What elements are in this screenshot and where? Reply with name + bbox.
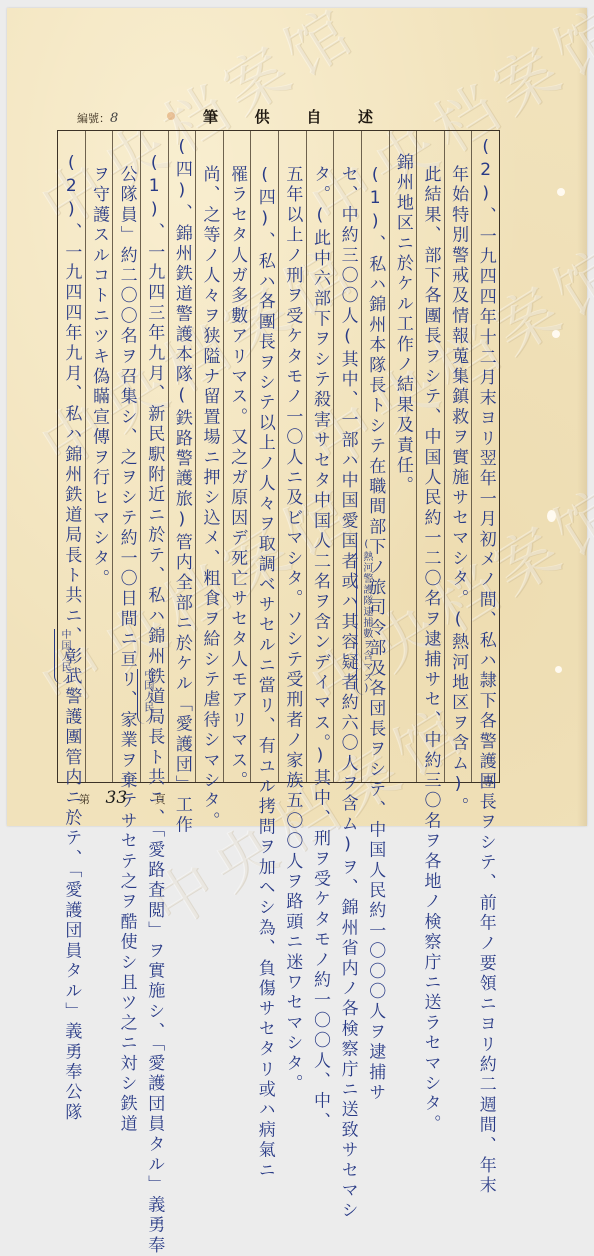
page-number: 33	[106, 788, 128, 808]
column-text: 尚、之等ノ人々ヲ狭隘ナ留置場ニ押シ込メ、粗食ヲ給シテ虐待シマシタ。	[199, 165, 219, 826]
column-text: セ、中約三〇〇人(其中、一部ハ中国愛国者或ハ其容疑者約六〇人ヲ含ム)ヲ、錦州省内…	[338, 165, 358, 826]
column-text: ヲ守護スルコトニツキ偽瞞宣傳ヲ行ヒマシタ。	[89, 165, 109, 589]
text-column: 年始特別警戒及情報蒐集鎮救ヲ實施サセマシタ。(熱河地区ヲ含ム)。	[444, 131, 472, 782]
text-column: セ、中約三〇〇人(其中、一部ハ中国愛国者或ハ其容疑者約六〇人ヲ含ム)ヲ、錦州省内…	[333, 131, 361, 782]
column-text: (2)、一九四四年十二月末ヨリ翌年一月初メノ間、私ハ隷下各警護團長ヲシテ、前年ノ…	[476, 137, 496, 826]
title-char: 供	[255, 106, 270, 127]
paper-edge	[577, 8, 587, 826]
margin-note: 中国人民ノ	[54, 629, 72, 684]
column-text: (四)、私ハ各團長ヲシテ以上ノ人々ヲ取調ベサセルニ當リ、有ユル拷問ヲ加ヘシ為、負…	[255, 165, 275, 826]
text-column: (2)、一九四四年九月、私ハ錦州鉄道局長ト共ニ、彰武警護團管内ニ於テ、「愛護団員…	[58, 131, 85, 782]
page-footer: 第 33 頁	[79, 788, 166, 808]
column-text: 錦州地区ニ於ケル工作ノ結果及責任。	[393, 153, 413, 496]
manuscript-grid: (2)、一九四四年十二月末ヨリ翌年一月初メノ間、私ハ隷下各警護團長ヲシテ、前年ノ…	[57, 130, 500, 783]
text-column: (1)、一九四三年九月、新民駅附近ニ於テ、私ハ錦州鉄道局長ト共ニ、「愛路査閲」ヲ…	[140, 131, 168, 782]
column-text: 年始特別警戒及情報蒐集鎮救ヲ實施サセマシタ。(熱河地区ヲ含ム)。	[448, 165, 468, 817]
column-text: (1)、私ハ錦州本隊長トシテ在職間部下ノ旅司令部及各団長ヲシテ、中国人民約一〇〇…	[365, 165, 385, 826]
text-column: ヲ守護スルコトニツキ偽瞞宣傳ヲ行ヒマシタ。	[85, 131, 113, 782]
page-suffix: 頁	[155, 793, 166, 806]
column-text: 公隊員」約二〇〇名ヲ召集シ、之ヲシテ約一〇日間ニ亘リ、家業ヲ棄テサセテ之ヲ酷使シ…	[117, 165, 137, 826]
text-column: (四)、私ハ各團長ヲシテ以上ノ人々ヲ取調ベサセルニ當リ、有ユル拷問ヲ加ヘシ為、負…	[250, 131, 278, 782]
column-text: タ。(此中六部下ヲシテ殺害サセタ中国人二名ヲ含ンデイマス。)其中、刑ヲ受ケタモノ…	[310, 165, 330, 826]
serial-number: 編號：8	[77, 110, 118, 126]
text-column: 尚、之等ノ人々ヲ狭隘ナ留置場ニ押シ込メ、粗食ヲ給シテ虐待シマシタ。	[195, 131, 223, 782]
text-column: 此結果、部下各團長ヲシテ、中国人民約一二〇名ヲ逮捕サセ、中約三〇名ヲ各地ノ検察庁…	[416, 131, 444, 782]
column-text: 此結果、部下各團長ヲシテ、中国人民約一二〇名ヲ逮捕サセ、中約三〇名ヲ各地ノ検察庁…	[420, 165, 440, 826]
page-title: 筆 供 自 述	[203, 106, 373, 127]
column-text: (2)、一九四四年九月、私ハ錦州鉄道局長ト共ニ、彰武警護團管内ニ於テ、「愛護団員…	[61, 153, 81, 826]
document-sheet: 中央档案馆 中央档案馆 中央档案馆 中央档案馆 中央档案馆 中央档案馆 中央档案…	[7, 8, 587, 826]
title-char: 述	[358, 106, 373, 127]
text-column: タ。(此中六部下ヲシテ殺害サセタ中国人二名ヲ含ンデイマス。)其中、刑ヲ受ケタモノ…	[306, 131, 334, 782]
serial-label: 編號：	[77, 112, 110, 125]
column-text: 五年以上ノ刑ヲ受ケタモノ一〇人ニ及ビマシタ。ソシテ受刑者ノ家族五〇〇人ヲ路頭ニ迷…	[282, 165, 302, 826]
text-column: (四)、錦州鉄道警護本隊(鉄路警護旅)管内全部ニ於ケル「愛護団」工作	[168, 131, 196, 782]
title-char: 筆	[203, 106, 218, 127]
text-column: 公隊員」約二〇〇名ヲ召集シ、之ヲシテ約一〇日間ニ亘リ、家業ヲ棄テサセテ之ヲ酷使シ…	[112, 131, 140, 782]
serial-value: 8	[110, 111, 118, 126]
column-text: 罹ラセタ人ガ多數アリマス。又之ガ原因デ死亡サセタ人モアリマス。	[227, 165, 247, 791]
punch-hole	[547, 510, 556, 522]
punch-hole	[557, 188, 565, 196]
text-column: 錦州地区ニ於ケル工作ノ結果及責任。	[389, 131, 417, 782]
column-text: (四)、錦州鉄道警護本隊(鉄路警護旅)管内全部ニ於ケル「愛護団」工作	[172, 137, 192, 826]
text-column: 五年以上ノ刑ヲ受ケタモノ一〇人ニ及ビマシタ。ソシテ受刑者ノ家族五〇〇人ヲ路頭ニ迷…	[278, 131, 306, 782]
page-prefix: 第	[79, 793, 90, 806]
stain	[167, 112, 175, 120]
text-column: (2)、一九四四年十二月末ヨリ翌年一月初メノ間、私ハ隷下各警護團長ヲシテ、前年ノ…	[471, 131, 499, 782]
text-column: 罹ラセタ人ガ多數アリマス。又之ガ原因デ死亡サセタ人モアリマス。	[223, 131, 251, 782]
column-text: (1)、一九四三年九月、新民駅附近ニ於テ、私ハ錦州鉄道局長ト共ニ、「愛路査閲」ヲ…	[144, 153, 164, 826]
title-char: 自	[306, 106, 321, 127]
punch-hole	[555, 666, 562, 673]
punch-hole	[552, 330, 560, 338]
text-column: (1)、私ハ錦州本隊長トシテ在職間部下ノ旅司令部及各団長ヲシテ、中国人民約一〇〇…	[361, 131, 389, 782]
